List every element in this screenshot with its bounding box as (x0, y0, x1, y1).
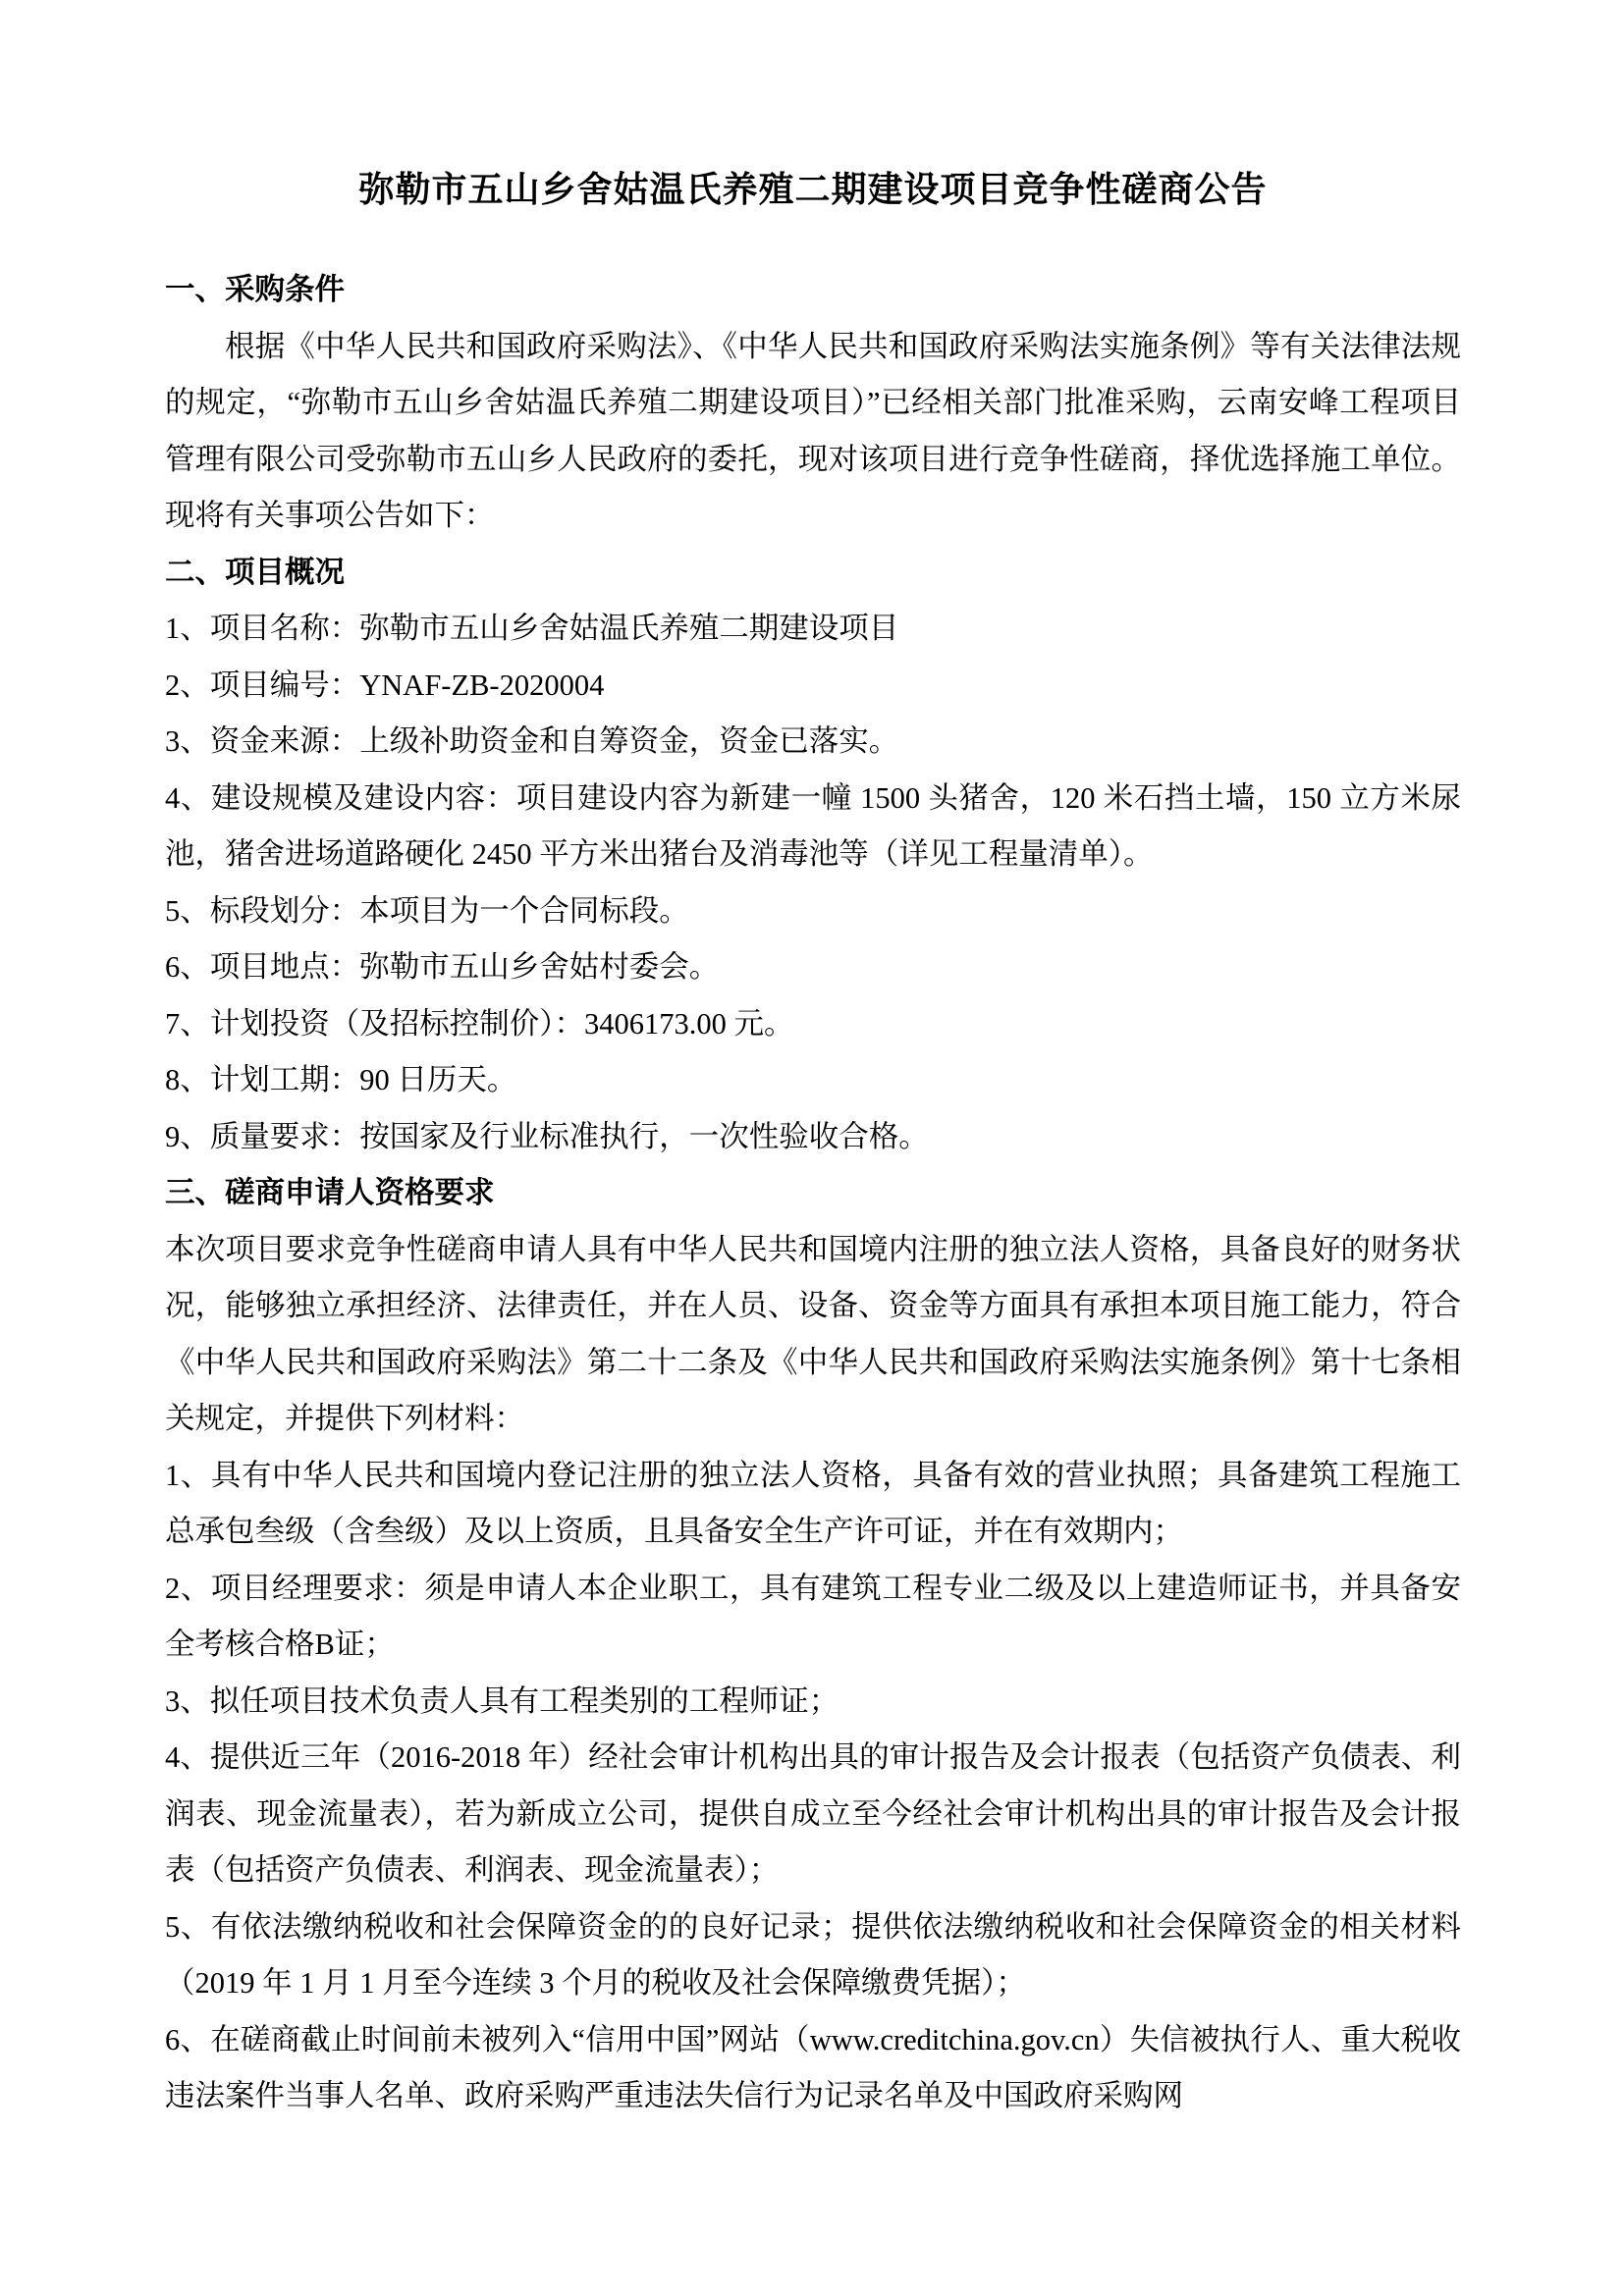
paragraph: 根据《中华人民共和国政府采购法》、《中华人民共和国政府采购法实施条例》等有关法律… (165, 319, 1461, 545)
document-body: 一、采购条件根据《中华人民共和国政府采购法》、《中华人民共和国政府采购法实施条例… (165, 262, 1461, 2125)
paragraph: 1、具有中华人民共和国境内登记注册的独立法人资格，具备有效的营业执照；具备建筑工… (165, 1448, 1461, 1561)
paragraph: 5、有依法缴纳税收和社会保障资金的的良好记录；提供依法缴纳税收和社会保障资金的相… (165, 1899, 1461, 2012)
section-heading: 二、项目概况 (165, 545, 1461, 602)
paragraph: 3、拟任项目技术负责人具有工程类别的工程师证； (165, 1674, 1461, 1731)
paragraph: 8、计划工期：90 日历天。 (165, 1052, 1461, 1109)
document-title: 弥勒市五山乡舍姑温氏养殖二期建设项目竞争性磋商公告 (165, 169, 1461, 210)
section-heading: 一、采购条件 (165, 262, 1461, 319)
paragraph: 本次项目要求竞争性磋商申请人具有中华人民共和国境内注册的独立法人资格，具备良好的… (165, 1222, 1461, 1448)
section-heading: 三、磋商申请人资格要求 (165, 1165, 1461, 1222)
paragraph: 6、在磋商截止时间前未被列入“信用中国”网站（www.creditchina.g… (165, 2012, 1461, 2125)
paragraph: 2、项目经理要求：须是申请人本企业职工，具有建筑工程专业二级及以上建造师证书，并… (165, 1561, 1461, 1674)
paragraph: 3、资金来源：上级补助资金和自筹资金，资金已落实。 (165, 714, 1461, 771)
paragraph: 4、提供近三年（2016-2018 年）经社会审计机构出具的审计报告及会计报表（… (165, 1730, 1461, 1899)
document-content: 弥勒市五山乡舍姑温氏养殖二期建设项目竞争性磋商公告 一、采购条件根据《中华人民共… (165, 169, 1461, 2125)
paragraph: 7、计划投资（及招标控制价）：3406173.00 元。 (165, 996, 1461, 1053)
paragraph: 1、项目名称：弥勒市五山乡舍姑温氏养殖二期建设项目 (165, 601, 1461, 658)
paragraph: 6、项目地点：弥勒市五山乡舍姑村委会。 (165, 939, 1461, 996)
paragraph: 5、标段划分：本项目为一个合同标段。 (165, 883, 1461, 940)
paragraph: 2、项目编号：YNAF-ZB-2020004 (165, 658, 1461, 715)
paragraph: 9、质量要求：按国家及行业标准执行，一次性验收合格。 (165, 1109, 1461, 1166)
paragraph: 4、建设规模及建设内容：项目建设内容为新建一幢 1500 头猪舍，120 米石挡… (165, 771, 1461, 883)
document-page: 弥勒市五山乡舍姑温氏养殖二期建设项目竞争性磋商公告 一、采购条件根据《中华人民共… (0, 0, 1624, 2296)
